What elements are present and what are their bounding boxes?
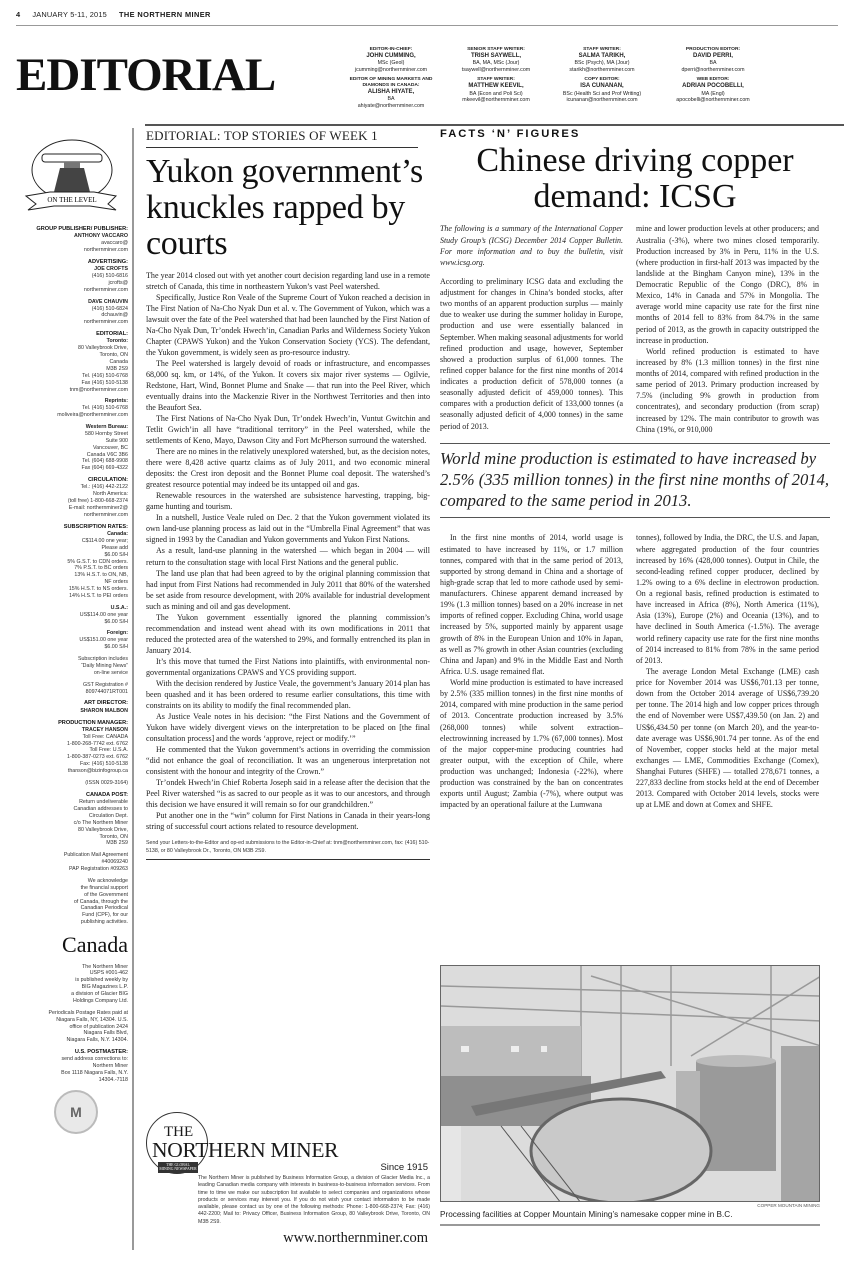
sidebar-info-block: Foreign:US$151.00 one year$6.00 S/H [0, 630, 128, 651]
facts-columns-bottom: In the first nine months of 2014, world … [440, 532, 830, 810]
sidebar-subheading: TRACEY HANSON [0, 727, 128, 734]
staff-email[interactable]: starikh@northernminer.com [552, 67, 652, 73]
sidebar-line: Tel.: (416) 442-2122 [0, 484, 128, 491]
editorial-paragraph: He commented that the Yukon government’s… [146, 744, 430, 777]
sidebar-line: (ISSN 0029-3164) [0, 780, 128, 787]
page-folio: 4 JANUARY 5-11, 2015 THE NORTHERN MINER [16, 10, 838, 26]
staff-name: JOHN CUMMING, [342, 53, 440, 60]
sidebar-line: $6.00 S/H [0, 619, 128, 626]
editorial-kicker: EDITORIAL: TOP STORIES OF WEEK 1 [146, 128, 418, 148]
sidebar-subheading: Reprints: [0, 398, 128, 405]
privacy-blurb: The Northern Miner is published by Busin… [198, 1175, 430, 1226]
sidebar-info-block: EDITORIAL:Toronto:80 Valleybrook Drive,T… [0, 331, 128, 393]
staff-name: DAVID PERRI, [658, 53, 768, 60]
sidebar-line: northernminer.com [0, 512, 128, 519]
sidebar-info-block: Periodicals Postage Rates paid atNiagara… [0, 1010, 128, 1044]
staff-entry: EDITOR OF MINING MARKETS AND DIAMONDS IN… [342, 77, 440, 109]
paper-name: THE NORTHERN MINER [119, 10, 211, 19]
sidebar-line: C$114.00 one year; [0, 538, 128, 545]
editorial-paragraph: It’s this move that turned the First Nat… [146, 656, 430, 678]
sidebar-line: Holdings Company Ltd. [0, 998, 128, 1005]
sidebar-line: US$114.00 one year [0, 612, 128, 619]
sidebar-line: c/o The Northern Miner [0, 820, 128, 827]
sidebar-line: office of publication 2424 [0, 1024, 128, 1031]
sidebar-heading: CANADA POST: [0, 792, 128, 799]
surveyor-level-icon: ON THE LEVEL [20, 136, 120, 216]
sidebar-line: Publication Mail Agreement [0, 852, 128, 859]
sidebar-heading: SUBSCRIPTION RATES: [0, 524, 128, 531]
sidebar-line: send address corrections to: [0, 1056, 128, 1063]
sidebar-line: Fax (604) 669-4322 [0, 465, 128, 472]
on-the-level-logo: ON THE LEVEL [20, 136, 116, 216]
editorial-paragraph: The year 2014 closed out with yet anothe… [146, 270, 430, 292]
sidebar-info-block: Publication Mail Agreement#40069240PAP R… [0, 852, 128, 873]
sidebar-info-block: (ISSN 0029-3164) [0, 780, 128, 787]
sidebar-line: We acknowledge [0, 878, 128, 885]
sidebar-line: Periodicals Postage Rates paid at [0, 1010, 128, 1017]
facts-paragraph: mine and lower production levels at othe… [636, 223, 819, 345]
sidebar-line: 5% G.S.T. to CDN orders. [0, 559, 128, 566]
sidebar-line: northernminer.com [0, 287, 128, 294]
staff-entry: PRODUCTION EDITOR: DAVID PERRI, BA dperr… [658, 47, 768, 73]
photo-caption: Processing facilities at Copper Mountain… [440, 1210, 820, 1226]
sidebar-line: Tel. (416) 510-6768 [0, 373, 128, 380]
sidebar-line: is published weekly by [0, 977, 128, 984]
editorial-paragraph: The land use plan that had been agreed t… [146, 568, 430, 612]
facts-intro: The following is a summary of the Intern… [440, 223, 623, 268]
sidebar-line: GST Registration # [0, 682, 128, 689]
sidebar-line: 1-800-268-7742 ext. 6762 [0, 741, 128, 748]
facts-paragraph: In the first nine months of 2014, world … [440, 532, 623, 677]
sidebar-line: dchauvin@ [0, 312, 128, 319]
sidebar-line: thanson@bizinfogroup.ca [0, 768, 128, 775]
sidebar-line: M3B 2S9 [0, 840, 128, 847]
facts-paragraph: World mine production is estimated to ha… [440, 677, 623, 811]
staff-entry: STAFF WRITER: SALMA TARIKH, BSc (Psych),… [552, 47, 652, 73]
sidebar-line: Vancouver, BC [0, 445, 128, 452]
sidebar-heading: EDITORIAL: [0, 331, 128, 338]
facts-paragraph: The average London Metal Exchange (LME) … [636, 666, 819, 811]
sidebar-line: Toronto, ON [0, 834, 128, 841]
sidebar-line: Fund (CPF), for our [0, 912, 128, 919]
editorial-paragraph: Tr’ondek Hwech’in Chief Roberta Joseph s… [146, 777, 430, 810]
sidebar-subheading: SHARON MALBON [0, 708, 128, 715]
sidebar-line: PAP Registration #09263 [0, 866, 128, 873]
sidebar-info-block: SUBSCRIPTION RATES:Canada:C$114.00 one y… [0, 524, 128, 600]
sidebar-line: avaccaro@ [0, 240, 128, 247]
sidebar-line: of Canada, through the [0, 899, 128, 906]
sidebar-line: Niagara Falls, NY, 14304. U.S. [0, 1017, 128, 1024]
facts-col-4: tonnes), followed by India, the DRC, the… [636, 532, 819, 810]
staff-email[interactable]: mkeevil@northernminer.com [446, 97, 546, 103]
sidebar-line: M3B 2S9 [0, 366, 128, 373]
sidebar-subheading: DAVE CHAUVIN [0, 299, 128, 306]
sidebar-line: “Daily Mining News” [0, 663, 128, 670]
logo-tagline: THE GLOBAL MINING NEWSPAPER [158, 1162, 198, 1173]
sidebar-heading: CIRCULATION: [0, 477, 128, 484]
website-link[interactable]: www.northernminer.com [283, 1230, 428, 1247]
staff-entry: SENIOR STAFF WRITER: TRISH SAYWELL, BA, … [446, 47, 546, 73]
sidebar-line: northernminer.com [0, 247, 128, 254]
sidebar-line: Toronto, ON [0, 352, 128, 359]
sidebar-subheading: JOE CROFTS [0, 266, 128, 273]
sidebar-line: jcrofts@ [0, 280, 128, 287]
sidebar-subheading: Foreign: [0, 630, 128, 637]
processing-facility-photo [440, 965, 820, 1202]
facts-paragraph: According to preliminary ICSG data and e… [440, 276, 623, 432]
staff-entry: STAFF WRITER: MATTHEW KEEVIL, BA (Econ a… [446, 77, 546, 109]
sidebar-info-block: CANADA POST:Return undeliverableCanadian… [0, 792, 128, 847]
ccab-seal-icon: M [54, 1090, 98, 1134]
sidebar-line: Tel. (416) 510-6768 [0, 405, 128, 412]
sidebar-heading: ADVERTISING: [0, 259, 128, 266]
sidebar-info-block: Reprints:Tel. (416) 510-6768moliveira@no… [0, 398, 128, 419]
editorial-paragraph: The Yukon government essentially ignored… [146, 612, 430, 656]
sidebar-line: Please add [0, 545, 128, 552]
logo-name: NORTHERN MINER [152, 1138, 338, 1163]
staff-name: TRISH SAYWELL, [446, 53, 546, 60]
section-masthead: EDITORIAL [16, 52, 275, 99]
pull-quote: World mine production is estimated to ha… [440, 443, 830, 519]
sidebar-line: 14% H.S.T. to PEI orders [0, 593, 128, 600]
sidebar-heading: PRODUCTION MANAGER: [0, 720, 128, 727]
facts-paragraph: tonnes), followed by India, the DRC, the… [636, 532, 819, 666]
sidebar-info-block: GST Registration #809744071RT001 [0, 682, 128, 696]
facts-col-2: mine and lower production levels at othe… [636, 223, 819, 434]
sidebar-line: Fax: (416) 510-5138 [0, 761, 128, 768]
editorial-paragraph: Renewable resources in the watershed are… [146, 490, 430, 512]
northern-miner-info-block: THE NORTHERN MINER THE GLOBAL MINING NEW… [146, 1112, 430, 1252]
facts-col-1: The following is a summary of the Intern… [440, 223, 623, 434]
staff-name: ADRIAN POCOBELLI, [658, 83, 768, 90]
facts-kicker: FACTS ‘N’ FIGURES [440, 128, 830, 140]
sidebar-info-block: The Northern MinerUSPS #001-462is publis… [0, 964, 128, 1005]
sidebar-info-block: U.S.A.:US$114.00 one year$6.00 S/H [0, 605, 128, 626]
sidebar-line: 1-800-387-0273 ext. 6762 [0, 754, 128, 761]
facts-article: FACTS ‘N’ FIGURES Chinese driving copper… [440, 128, 830, 811]
staff-entry: WEB EDITOR: ADRIAN POCOBELLI, MA (Engl) … [658, 77, 768, 109]
sidebar-line: tnm@northernminer.com [0, 387, 128, 394]
sidebar-line: 14304.-7118 [0, 1077, 128, 1084]
sidebar-line: BIG Magazines L.P. [0, 984, 128, 991]
sidebar-info-block: CIRCULATION:Tel.: (416) 442-2122North Am… [0, 477, 128, 519]
sidebar-line: 15% H.S.T. to NS orders. [0, 586, 128, 593]
sidebar-info-block: ADVERTISING:JOE CROFTS(416) 510-6816jcro… [0, 259, 128, 294]
sidebar-line: Fax (416) 510-5138 [0, 380, 128, 387]
staff-name: ALISHA HIYATE, [342, 89, 440, 96]
sidebar-line: E-mail: northernminer2@ [0, 505, 128, 512]
since-label: Since 1915 [380, 1162, 428, 1173]
staff-email[interactable]: tsaywell@northernminer.com [446, 67, 546, 73]
sidebar-info-block: DAVE CHAUVIN(416) 510-6824dchauvin@north… [0, 299, 128, 327]
editorial-paragraph: In a nutshell, Justice Veale ruled on De… [146, 512, 430, 545]
sidebar-info-block: Western Bureau:580 Hornby StreetSuite 90… [0, 424, 128, 472]
editorial-paragraph: As Justice Veale notes in his decision: … [146, 711, 430, 744]
sidebar-info-block: GROUP PUBLISHER/ PUBLISHER:ANTHONY VACCA… [0, 226, 128, 254]
sidebar-line: 13% H.S.T. to ON, NB, [0, 572, 128, 579]
sidebar-info-block: U.S. POSTMASTER:send address corrections… [0, 1049, 128, 1084]
sidebar-line: 7% P.S.T. to BC orders [0, 565, 128, 572]
sidebar-line: northernminer.com [0, 319, 128, 326]
sidebar-line: Suite 900 [0, 438, 128, 445]
editorial-paragraph: The Peel watershed is largely devoid of … [146, 358, 430, 413]
sidebar-line: 80 Valleybrook Drive, [0, 345, 128, 352]
sidebar-line: USPS #001-462 [0, 970, 128, 977]
sidebar-heading: U.S. POSTMASTER: [0, 1049, 128, 1056]
editorial-paragraph: With the decision rendered by Justice Ve… [146, 678, 430, 711]
sidebar-line: 809744071RT001 [0, 689, 128, 696]
sidebar-line: Toll Free: U.S.A. [0, 747, 128, 754]
sidebar-line: Canada V6C 3B6 [0, 452, 128, 459]
sidebar-line: NF orders [0, 579, 128, 586]
sidebar-line: #40069240 [0, 859, 128, 866]
sidebar-line: US$151.00 one year [0, 637, 128, 644]
sidebar-line: of the Government [0, 892, 128, 899]
staff-role: EDITOR OF MINING MARKETS AND DIAMONDS IN… [342, 77, 440, 89]
sidebar-subheading: Toronto: [0, 338, 128, 345]
staff-name: SALMA TARIKH, [552, 53, 652, 60]
facts-col-3: In the first nine months of 2014, world … [440, 532, 623, 810]
staff-email[interactable]: icunanan@northernminer.com [552, 97, 652, 103]
sidebar-line: The Northern Miner [0, 964, 128, 971]
staff-box: EDITOR-IN-CHIEF: JOHN CUMMING, MSc (Geol… [342, 47, 842, 109]
staff-name: ISA CUNANAN, [552, 83, 652, 90]
staff-entry: COPY EDITOR: ISA CUNANAN, BSc (Health Sc… [552, 77, 652, 109]
sidebar-line: (toll free) 1-800-668-2374 [0, 498, 128, 505]
issue-date: JANUARY 5-11, 2015 [32, 10, 107, 19]
sidebar-line: Northern Miner [0, 1063, 128, 1070]
sidebar-line: Return undeliverable [0, 799, 128, 806]
sidebar-line: Niagara Falls Blvd, [0, 1030, 128, 1037]
staff-email[interactable]: apocobelli@northernminer.com [658, 97, 768, 103]
top-rule [145, 124, 844, 126]
sidebar-line: the financial support [0, 885, 128, 892]
sidebar-line: 580 Hornby Street [0, 431, 128, 438]
editorial-paragraph: As a result, land-use planning in the wa… [146, 545, 430, 567]
letters-note: Send your Letters-to-the-Editor and op-e… [146, 840, 430, 860]
sidebar-heading: ART DIRECTOR: [0, 700, 128, 707]
staff-name: MATTHEW KEEVIL, [446, 83, 546, 90]
sidebar-line: publishing activities. [0, 919, 128, 926]
sidebar-line: Toll Free: CANADA [0, 734, 128, 741]
photo-credit: COPPER MOUNTAIN MINING [440, 1203, 820, 1208]
staff-entry: EDITOR-IN-CHIEF: JOHN CUMMING, MSc (Geol… [342, 47, 440, 73]
editorial-paragraph: There are no mines in the relatively une… [146, 446, 430, 490]
sidebar-heading: GROUP PUBLISHER/ PUBLISHER: [0, 226, 128, 233]
sidebar-line: 80 Valleybrook Drive, [0, 827, 128, 834]
editorial-headline: Yukon government’s knuckles rapped by co… [146, 154, 430, 262]
sidebar-line: moliveira@northernminer.com [0, 412, 128, 419]
sidebar-info-block: ART DIRECTOR:SHARON MALBON [0, 700, 128, 714]
sidebar-line: (416) 510-6816 [0, 273, 128, 280]
sidebar-subheading: Western Bureau: [0, 424, 128, 431]
sidebar-line: Subscription includes [0, 656, 128, 663]
sidebar-line: Canadian addresses to [0, 806, 128, 813]
facts-headline: Chinese driving copper demand: ICSG [440, 143, 830, 214]
sidebar-line: $6.00 S/H [0, 644, 128, 651]
sidebar-line: Box 1118 Niagara Falls, N.Y. [0, 1070, 128, 1077]
sidebar-masthead-info: ON THE LEVEL GROUP PUBLISHER/ PUBLISHER:… [0, 128, 134, 1250]
sidebar-subheading: U.S.A.: [0, 605, 128, 612]
sidebar-info-block: PRODUCTION MANAGER:TRACEY HANSONToll Fre… [0, 720, 128, 775]
sidebar-line: Canadian Periodical [0, 905, 128, 912]
sidebar-line: Circulation Dept. [0, 813, 128, 820]
staff-credentials: BSc (Health Sci and Prof Writing) [552, 91, 652, 97]
editorial-article: EDITORIAL: TOP STORIES OF WEEK 1 Yukon g… [146, 128, 430, 860]
sidebar-subheading: Canada: [0, 531, 128, 538]
page-number: 4 [16, 10, 20, 19]
sidebar-line: on-line service [0, 670, 128, 677]
sidebar-line: Niagara Falls, N.Y. 14304. [0, 1037, 128, 1044]
editorial-paragraph: Put another one in the “win” column for … [146, 810, 430, 832]
photo-illustration [441, 966, 820, 1202]
editorial-body: The year 2014 closed out with yet anothe… [146, 270, 430, 832]
sidebar-line: a division of Glacier BIG [0, 991, 128, 998]
sidebar-subheading: ANTHONY VACCARO [0, 233, 128, 240]
facts-columns-top: The following is a summary of the Intern… [440, 223, 830, 434]
sidebar-line: (416) 510-6824 [0, 306, 128, 313]
editorial-paragraph: The First Nations of Na-Cho Nyak Dun, Tr… [146, 413, 430, 446]
sidebar-line: Canada [0, 359, 128, 366]
sidebar-info-block: Subscription includes“Daily Mining News”… [0, 656, 128, 677]
canada-wordmark: Canada [0, 931, 128, 960]
sidebar-line: North America: [0, 491, 128, 498]
sidebar-line: Tel. (604) 688-9908 [0, 458, 128, 465]
staff-email[interactable]: jcumming@northernminer.com [342, 67, 440, 73]
sidebar-info-block: We acknowledgethe financial supportof th… [0, 878, 128, 926]
facts-paragraph: World refined production is estimated to… [636, 346, 819, 435]
svg-text:ON THE LEVEL: ON THE LEVEL [47, 196, 96, 204]
editorial-paragraph: Specifically, Justice Ron Veale of the S… [146, 292, 430, 358]
staff-email[interactable]: ahiyate@northernminer.com [342, 103, 440, 109]
sidebar-line: $6.00 S/H [0, 552, 128, 559]
staff-email[interactable]: dperri@northernminer.com [658, 67, 768, 73]
